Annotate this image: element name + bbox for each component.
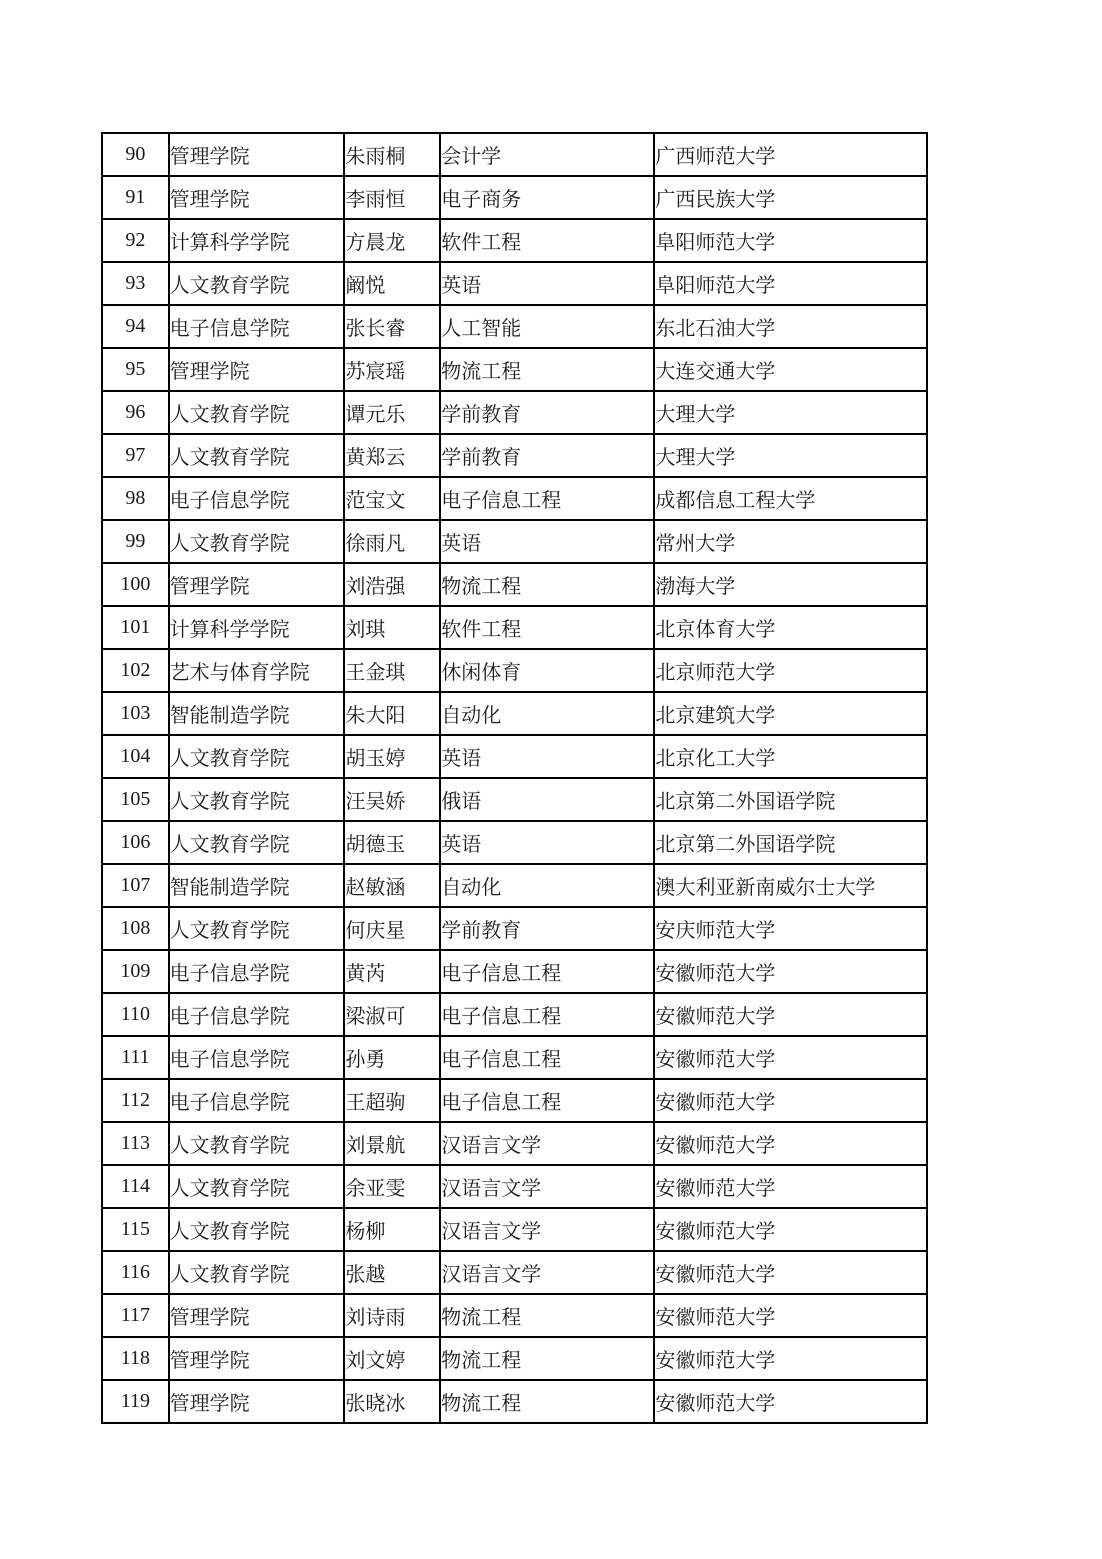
cell-no: 94 (102, 305, 169, 348)
cell-major: 英语 (440, 262, 654, 305)
cell-major: 电子信息工程 (440, 1036, 654, 1079)
cell-major: 物流工程 (440, 348, 654, 391)
cell-no: 98 (102, 477, 169, 520)
cell-no: 114 (102, 1165, 169, 1208)
cell-name: 方晨龙 (344, 219, 440, 262)
cell-college: 管理学院 (169, 1337, 345, 1380)
cell-university: 大理大学 (654, 391, 927, 434)
cell-name: 刘文婷 (344, 1337, 440, 1380)
cell-no: 118 (102, 1337, 169, 1380)
cell-college: 智能制造学院 (169, 692, 345, 735)
table-row: 106人文教育学院胡德玉英语北京第二外国语学院 (102, 821, 927, 864)
table-row: 104人文教育学院胡玉婷英语北京化工大学 (102, 735, 927, 778)
cell-college: 电子信息学院 (169, 950, 345, 993)
cell-no: 101 (102, 606, 169, 649)
cell-college: 管理学院 (169, 1380, 345, 1423)
cell-major: 英语 (440, 821, 654, 864)
cell-major: 自动化 (440, 864, 654, 907)
cell-no: 90 (102, 133, 169, 176)
cell-university: 北京师范大学 (654, 649, 927, 692)
cell-major: 休闲体育 (440, 649, 654, 692)
cell-name: 朱大阳 (344, 692, 440, 735)
cell-no: 92 (102, 219, 169, 262)
cell-major: 汉语言文学 (440, 1208, 654, 1251)
cell-no: 100 (102, 563, 169, 606)
cell-major: 物流工程 (440, 1337, 654, 1380)
table-row: 118管理学院刘文婷物流工程安徽师范大学 (102, 1337, 927, 1380)
cell-no: 112 (102, 1079, 169, 1122)
cell-major: 英语 (440, 735, 654, 778)
cell-college: 人文教育学院 (169, 434, 345, 477)
table-row: 107智能制造学院赵敏涵自动化澳大利亚新南威尔士大学 (102, 864, 927, 907)
cell-college: 电子信息学院 (169, 477, 345, 520)
cell-no: 106 (102, 821, 169, 864)
students-table-body: 90管理学院朱雨桐会计学广西师范大学91管理学院李雨恒电子商务广西民族大学92计… (102, 133, 927, 1423)
cell-university: 安庆师范大学 (654, 907, 927, 950)
cell-college: 智能制造学院 (169, 864, 345, 907)
cell-major: 俄语 (440, 778, 654, 821)
cell-major: 电子信息工程 (440, 477, 654, 520)
cell-name: 孙勇 (344, 1036, 440, 1079)
table-row: 102艺术与体育学院王金琪休闲体育北京师范大学 (102, 649, 927, 692)
table-row: 99人文教育学院徐雨凡英语常州大学 (102, 520, 927, 563)
table-row: 114人文教育学院余亚雯汉语言文学安徽师范大学 (102, 1165, 927, 1208)
cell-no: 93 (102, 262, 169, 305)
cell-college: 人文教育学院 (169, 778, 345, 821)
cell-name: 张长睿 (344, 305, 440, 348)
cell-no: 109 (102, 950, 169, 993)
cell-university: 大连交通大学 (654, 348, 927, 391)
table-row: 98电子信息学院范宝文电子信息工程成都信息工程大学 (102, 477, 927, 520)
cell-college: 管理学院 (169, 1294, 345, 1337)
table-row: 95管理学院苏宸瑶物流工程大连交通大学 (102, 348, 927, 391)
cell-major: 电子信息工程 (440, 950, 654, 993)
cell-college: 管理学院 (169, 348, 345, 391)
table-row: 113人文教育学院刘景航汉语言文学安徽师范大学 (102, 1122, 927, 1165)
table-row: 94电子信息学院张长睿人工智能东北石油大学 (102, 305, 927, 348)
cell-name: 胡玉婷 (344, 735, 440, 778)
cell-no: 117 (102, 1294, 169, 1337)
cell-name: 梁淑可 (344, 993, 440, 1036)
cell-university: 安徽师范大学 (654, 1208, 927, 1251)
cell-university: 北京体育大学 (654, 606, 927, 649)
cell-no: 115 (102, 1208, 169, 1251)
cell-university: 安徽师范大学 (654, 950, 927, 993)
cell-name: 刘琪 (344, 606, 440, 649)
cell-university: 北京第二外国语学院 (654, 778, 927, 821)
cell-name: 刘景航 (344, 1122, 440, 1165)
cell-university: 安徽师范大学 (654, 1165, 927, 1208)
cell-name: 徐雨凡 (344, 520, 440, 563)
cell-university: 阜阳师范大学 (654, 219, 927, 262)
cell-no: 113 (102, 1122, 169, 1165)
cell-name: 黄芮 (344, 950, 440, 993)
cell-name: 刘诗雨 (344, 1294, 440, 1337)
cell-major: 物流工程 (440, 1294, 654, 1337)
cell-university: 北京第二外国语学院 (654, 821, 927, 864)
cell-name: 胡德玉 (344, 821, 440, 864)
table-row: 96人文教育学院谭元乐学前教育大理大学 (102, 391, 927, 434)
cell-college: 计算科学学院 (169, 219, 345, 262)
cell-name: 刘浩强 (344, 563, 440, 606)
cell-college: 人文教育学院 (169, 821, 345, 864)
cell-major: 电子信息工程 (440, 993, 654, 1036)
cell-name: 赵敏涵 (344, 864, 440, 907)
cell-major: 学前教育 (440, 434, 654, 477)
cell-university: 广西师范大学 (654, 133, 927, 176)
cell-college: 电子信息学院 (169, 305, 345, 348)
cell-major: 物流工程 (440, 563, 654, 606)
cell-name: 范宝文 (344, 477, 440, 520)
cell-university: 安徽师范大学 (654, 1380, 927, 1423)
table-row: 108人文教育学院何庆星学前教育安庆师范大学 (102, 907, 927, 950)
table-row: 91管理学院李雨恒电子商务广西民族大学 (102, 176, 927, 219)
cell-major: 汉语言文学 (440, 1251, 654, 1294)
table-row: 112电子信息学院王超驹电子信息工程安徽师范大学 (102, 1079, 927, 1122)
cell-name: 张越 (344, 1251, 440, 1294)
cell-college: 电子信息学院 (169, 993, 345, 1036)
cell-name: 阚悦 (344, 262, 440, 305)
cell-no: 102 (102, 649, 169, 692)
cell-no: 95 (102, 348, 169, 391)
cell-name: 苏宸瑶 (344, 348, 440, 391)
cell-no: 110 (102, 993, 169, 1036)
table-row: 111电子信息学院孙勇电子信息工程安徽师范大学 (102, 1036, 927, 1079)
cell-major: 英语 (440, 520, 654, 563)
cell-no: 111 (102, 1036, 169, 1079)
table-row: 103智能制造学院朱大阳自动化北京建筑大学 (102, 692, 927, 735)
cell-no: 105 (102, 778, 169, 821)
cell-college: 人文教育学院 (169, 391, 345, 434)
cell-college: 人文教育学院 (169, 262, 345, 305)
cell-university: 安徽师范大学 (654, 1079, 927, 1122)
cell-major: 学前教育 (440, 907, 654, 950)
cell-college: 管理学院 (169, 133, 345, 176)
cell-name: 余亚雯 (344, 1165, 440, 1208)
cell-major: 人工智能 (440, 305, 654, 348)
cell-college: 电子信息学院 (169, 1036, 345, 1079)
cell-no: 99 (102, 520, 169, 563)
cell-major: 汉语言文学 (440, 1165, 654, 1208)
students-table: 90管理学院朱雨桐会计学广西师范大学91管理学院李雨恒电子商务广西民族大学92计… (101, 132, 928, 1424)
table-row: 93人文教育学院阚悦英语阜阳师范大学 (102, 262, 927, 305)
cell-name: 何庆星 (344, 907, 440, 950)
cell-university: 安徽师范大学 (654, 1251, 927, 1294)
cell-university: 广西民族大学 (654, 176, 927, 219)
cell-university: 阜阳师范大学 (654, 262, 927, 305)
cell-college: 人文教育学院 (169, 735, 345, 778)
cell-name: 王超驹 (344, 1079, 440, 1122)
cell-college: 艺术与体育学院 (169, 649, 345, 692)
cell-college: 人文教育学院 (169, 1122, 345, 1165)
cell-university: 北京建筑大学 (654, 692, 927, 735)
cell-major: 电子商务 (440, 176, 654, 219)
cell-college: 人文教育学院 (169, 520, 345, 563)
cell-university: 安徽师范大学 (654, 1294, 927, 1337)
cell-no: 104 (102, 735, 169, 778)
cell-major: 电子信息工程 (440, 1079, 654, 1122)
cell-university: 大理大学 (654, 434, 927, 477)
cell-name: 朱雨桐 (344, 133, 440, 176)
cell-college: 人文教育学院 (169, 1165, 345, 1208)
cell-name: 汪吴娇 (344, 778, 440, 821)
cell-name: 谭元乐 (344, 391, 440, 434)
cell-university: 成都信息工程大学 (654, 477, 927, 520)
cell-university: 安徽师范大学 (654, 1337, 927, 1380)
cell-no: 103 (102, 692, 169, 735)
cell-no: 116 (102, 1251, 169, 1294)
table-row: 97人文教育学院黄郑云学前教育大理大学 (102, 434, 927, 477)
table-row: 92计算科学学院方晨龙软件工程阜阳师范大学 (102, 219, 927, 262)
table-row: 109电子信息学院黄芮电子信息工程安徽师范大学 (102, 950, 927, 993)
cell-major: 学前教育 (440, 391, 654, 434)
cell-name: 王金琪 (344, 649, 440, 692)
cell-name: 张晓冰 (344, 1380, 440, 1423)
cell-university: 常州大学 (654, 520, 927, 563)
cell-university: 澳大利亚新南威尔士大学 (654, 864, 927, 907)
cell-no: 107 (102, 864, 169, 907)
cell-name: 李雨恒 (344, 176, 440, 219)
table-row: 116人文教育学院张越汉语言文学安徽师范大学 (102, 1251, 927, 1294)
cell-no: 108 (102, 907, 169, 950)
cell-major: 会计学 (440, 133, 654, 176)
table-row: 100管理学院刘浩强物流工程渤海大学 (102, 563, 927, 606)
cell-major: 软件工程 (440, 219, 654, 262)
cell-university: 东北石油大学 (654, 305, 927, 348)
cell-no: 91 (102, 176, 169, 219)
cell-name: 杨柳 (344, 1208, 440, 1251)
cell-major: 汉语言文学 (440, 1122, 654, 1165)
cell-college: 电子信息学院 (169, 1079, 345, 1122)
cell-university: 北京化工大学 (654, 735, 927, 778)
cell-college: 计算科学学院 (169, 606, 345, 649)
cell-university: 安徽师范大学 (654, 1122, 927, 1165)
document-page: 90管理学院朱雨桐会计学广西师范大学91管理学院李雨恒电子商务广西民族大学92计… (0, 0, 1102, 1559)
cell-college: 管理学院 (169, 176, 345, 219)
table-row: 119管理学院张晓冰物流工程安徽师范大学 (102, 1380, 927, 1423)
cell-college: 人文教育学院 (169, 1208, 345, 1251)
cell-no: 96 (102, 391, 169, 434)
cell-name: 黄郑云 (344, 434, 440, 477)
cell-university: 渤海大学 (654, 563, 927, 606)
cell-major: 自动化 (440, 692, 654, 735)
cell-no: 97 (102, 434, 169, 477)
table-row: 105人文教育学院汪吴娇俄语北京第二外国语学院 (102, 778, 927, 821)
table-row: 110电子信息学院梁淑可电子信息工程安徽师范大学 (102, 993, 927, 1036)
table-row: 101计算科学学院刘琪软件工程北京体育大学 (102, 606, 927, 649)
cell-major: 物流工程 (440, 1380, 654, 1423)
cell-major: 软件工程 (440, 606, 654, 649)
cell-university: 安徽师范大学 (654, 1036, 927, 1079)
table-row: 90管理学院朱雨桐会计学广西师范大学 (102, 133, 927, 176)
cell-university: 安徽师范大学 (654, 993, 927, 1036)
cell-college: 管理学院 (169, 563, 345, 606)
table-row: 117管理学院刘诗雨物流工程安徽师范大学 (102, 1294, 927, 1337)
cell-college: 人文教育学院 (169, 907, 345, 950)
cell-college: 人文教育学院 (169, 1251, 345, 1294)
cell-no: 119 (102, 1380, 169, 1423)
table-row: 115人文教育学院杨柳汉语言文学安徽师范大学 (102, 1208, 927, 1251)
